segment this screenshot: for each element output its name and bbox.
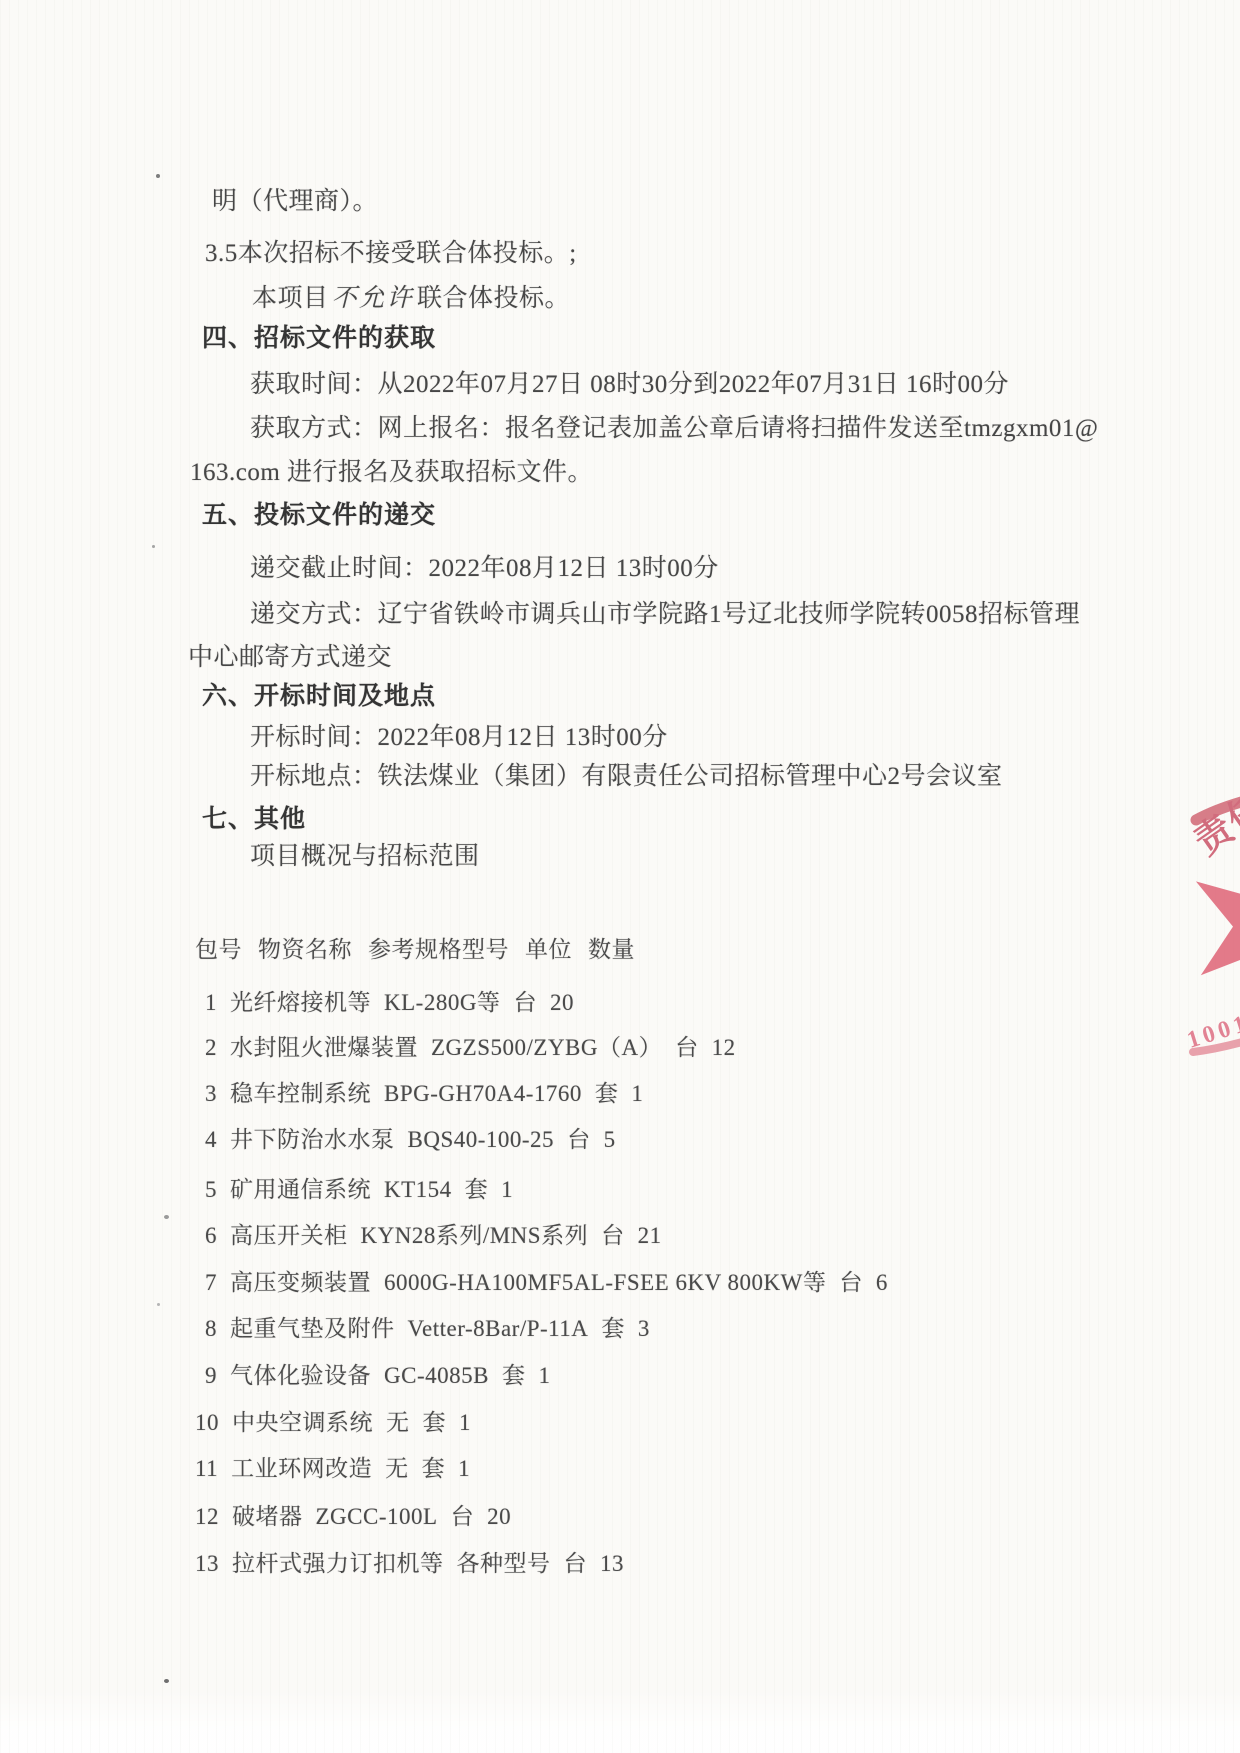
- table-row: 8起重气垫及附件Vetter-8Bar/P-11A套3: [195, 1315, 663, 1344]
- item-name: 起重气垫及附件: [230, 1316, 395, 1341]
- item-spec: KT154: [384, 1177, 452, 1202]
- scan-speck: [164, 1215, 169, 1219]
- item-no: 7: [195, 1269, 217, 1298]
- item-unit: 台: [839, 1270, 863, 1295]
- table-row: 11工业环网改造无套1: [195, 1455, 483, 1484]
- item-spec: ZGZS500/ZYBG（A）: [431, 1035, 662, 1060]
- section-heading-obtain: 四、招标文件的获取: [202, 323, 436, 354]
- item-no: 9: [195, 1362, 217, 1391]
- seal-border-arc-top-icon: [1196, 799, 1240, 820]
- item-unit: 套: [465, 1177, 489, 1202]
- item-spec: 无: [385, 1456, 409, 1481]
- item-spec: 无: [386, 1410, 410, 1435]
- item-no: 8: [195, 1315, 217, 1344]
- section-heading-submit: 五、投标文件的递交: [202, 500, 436, 531]
- obtain-time-line: 获取时间：从2022年07月27日 08时30分到2022年07月31日 16时…: [250, 369, 1009, 400]
- item-name: 气体化验设备: [230, 1363, 371, 1388]
- table-header-cell: 参考规格型号: [368, 937, 509, 962]
- item-unit: 套: [595, 1081, 619, 1106]
- table-row: 4井下防治水水泵BQS40-100-25台5: [195, 1126, 629, 1155]
- item-qty: 1: [538, 1363, 550, 1388]
- item-qty: 13: [600, 1551, 624, 1576]
- table-row: 12破堵器ZGCC-100L台20: [195, 1503, 524, 1532]
- table-row: 6高压开关柜KYN28系列/MNS系列台21: [195, 1222, 675, 1251]
- company-seal-stamp: 责任 10019: [1120, 660, 1240, 1180]
- scanned-tender-notice-page: 明（代理商）。 3.5本次招标不接受联合体投标。; 本项目不允许联合体投标。 四…: [0, 0, 1240, 1753]
- item-qty: 5: [604, 1127, 616, 1152]
- table-header-cell: 单位: [525, 937, 572, 962]
- section-heading-other: 七、其他: [202, 804, 306, 835]
- opening-place-line: 开标地点：铁法煤业（集团）有限责任公司招标管理中心2号会议室: [250, 761, 1003, 792]
- intro-line-3-post: 联合体投标。: [417, 285, 570, 312]
- item-qty: 1: [631, 1081, 643, 1106]
- item-no: 10: [195, 1409, 219, 1438]
- item-qty: 1: [501, 1177, 513, 1202]
- table-row: 7高压变频装置6000G-HA100MF5AL-FSEE 6KV 800KW等台…: [195, 1269, 901, 1298]
- item-unit: 台: [567, 1127, 591, 1152]
- item-qty: 6: [876, 1270, 888, 1295]
- table-header-cell: 物资名称: [258, 937, 352, 962]
- intro-line-3-emphasis: 不允许: [329, 285, 418, 312]
- item-no: 6: [195, 1222, 217, 1251]
- submit-method-line-1: 递交方式：辽宁省铁岭市调兵山市学院路1号辽北技师学院转0058招标管理: [250, 599, 1080, 630]
- seal-star-icon: [1196, 848, 1240, 1000]
- item-spec: ZGCC-100L: [316, 1504, 438, 1529]
- scan-speck: [156, 174, 160, 178]
- item-spec: KYN28系列/MNS系列: [361, 1223, 589, 1248]
- table-row: 9气体化验设备GC-4085B套1: [195, 1362, 563, 1391]
- scan-speck: [164, 1679, 169, 1683]
- item-spec: 各种型号: [457, 1551, 551, 1576]
- table-header-cell: 数量: [588, 937, 635, 962]
- item-spec: 6000G-HA100MF5AL-FSEE 6KV 800KW等: [384, 1270, 826, 1295]
- item-spec: GC-4085B: [384, 1363, 489, 1388]
- item-no: 1: [195, 989, 217, 1018]
- item-no: 11: [195, 1455, 218, 1484]
- item-no: 4: [195, 1126, 217, 1155]
- item-no: 3: [195, 1080, 217, 1109]
- item-name: 高压开关柜: [230, 1223, 348, 1248]
- table-header: 包号物资名称参考规格型号单位数量: [195, 936, 651, 965]
- item-no: 13: [195, 1550, 219, 1579]
- item-qty: 21: [638, 1223, 662, 1248]
- item-name: 光纤熔接机等: [230, 990, 371, 1015]
- scan-speck: [157, 1303, 160, 1306]
- item-unit: 套: [423, 1410, 447, 1435]
- opening-time-line: 开标时间：2022年08月12日 13时00分: [250, 722, 668, 753]
- item-no: 5: [195, 1176, 217, 1205]
- item-unit: 台: [564, 1551, 588, 1576]
- table-row: 5矿用通信系统KT154套1: [195, 1176, 526, 1205]
- project-overview-line: 项目概况与招标范围: [250, 841, 480, 872]
- item-name: 高压变频装置: [230, 1270, 371, 1295]
- item-unit: 台: [601, 1223, 625, 1248]
- item-qty: 1: [459, 1410, 471, 1435]
- intro-line-3: 本项目不允许联合体投标。: [252, 283, 570, 314]
- item-unit: 套: [422, 1456, 446, 1481]
- item-spec: BPG-GH70A4-1760: [384, 1081, 582, 1106]
- obtain-method-line-1: 获取方式：网上报名：报名登记表加盖公章后请将扫描件发送至tmzgxm01@: [250, 413, 1098, 444]
- table-header-cell: 包号: [195, 937, 242, 962]
- scan-speck: [152, 545, 155, 548]
- item-qty: 3: [638, 1316, 650, 1341]
- item-name: 井下防治水水泵: [230, 1127, 395, 1152]
- item-name: 拉杆式强力订扣机等: [232, 1551, 444, 1576]
- item-no: 12: [195, 1503, 219, 1532]
- item-qty: 20: [550, 990, 574, 1015]
- intro-line-3-pre: 本项目: [252, 285, 329, 312]
- intro-line-2: 3.5本次招标不接受联合体投标。;: [205, 238, 577, 269]
- submit-deadline-line: 递交截止时间：2022年08月12日 13时00分: [250, 553, 719, 584]
- table-row: 10中央空调系统无套1: [195, 1409, 484, 1438]
- table-row: 1光纤熔接机等KL-280G等台20: [195, 989, 587, 1018]
- item-spec: Vetter-8Bar/P-11A: [408, 1316, 589, 1341]
- item-spec: BQS40-100-25: [408, 1127, 555, 1152]
- item-unit: 套: [502, 1363, 526, 1388]
- item-qty: 20: [487, 1504, 511, 1529]
- item-name: 水封阻火泄爆装置: [230, 1035, 418, 1060]
- item-unit: 套: [601, 1316, 625, 1341]
- submit-method-line-2: 中心邮寄方式递交: [188, 642, 392, 673]
- seal-serial-number: 10019: [1184, 1005, 1240, 1053]
- item-name: 稳车控制系统: [230, 1081, 371, 1106]
- item-spec: KL-280G等: [384, 990, 500, 1015]
- table-row: 13拉杆式强力订扣机等各种型号台13: [195, 1550, 637, 1579]
- obtain-method-line-2: 163.com 进行报名及获取招标文件。: [190, 457, 593, 488]
- seal-border-arc-bottom-icon: [1193, 1041, 1240, 1052]
- table-row: 2水封阻火泄爆装置ZGZS500/ZYBG（A）台12: [195, 1034, 749, 1063]
- table-row: 3稳车控制系统BPG-GH70A4-1760套1: [195, 1080, 656, 1109]
- item-name: 中央空调系统: [232, 1410, 373, 1435]
- item-unit: 台: [675, 1035, 699, 1060]
- section-heading-opening: 六、开标时间及地点: [202, 681, 436, 712]
- item-name: 矿用通信系统: [230, 1177, 371, 1202]
- item-no: 2: [195, 1034, 217, 1063]
- item-unit: 台: [513, 990, 537, 1015]
- item-qty: 12: [712, 1035, 736, 1060]
- item-unit: 台: [451, 1504, 475, 1529]
- item-name: 工业环网改造: [231, 1456, 372, 1481]
- item-qty: 1: [458, 1456, 470, 1481]
- intro-line-1: 明（代理商）。: [212, 186, 378, 217]
- item-name: 破堵器: [232, 1504, 303, 1529]
- seal-arc-text: 责任: [1187, 784, 1240, 863]
